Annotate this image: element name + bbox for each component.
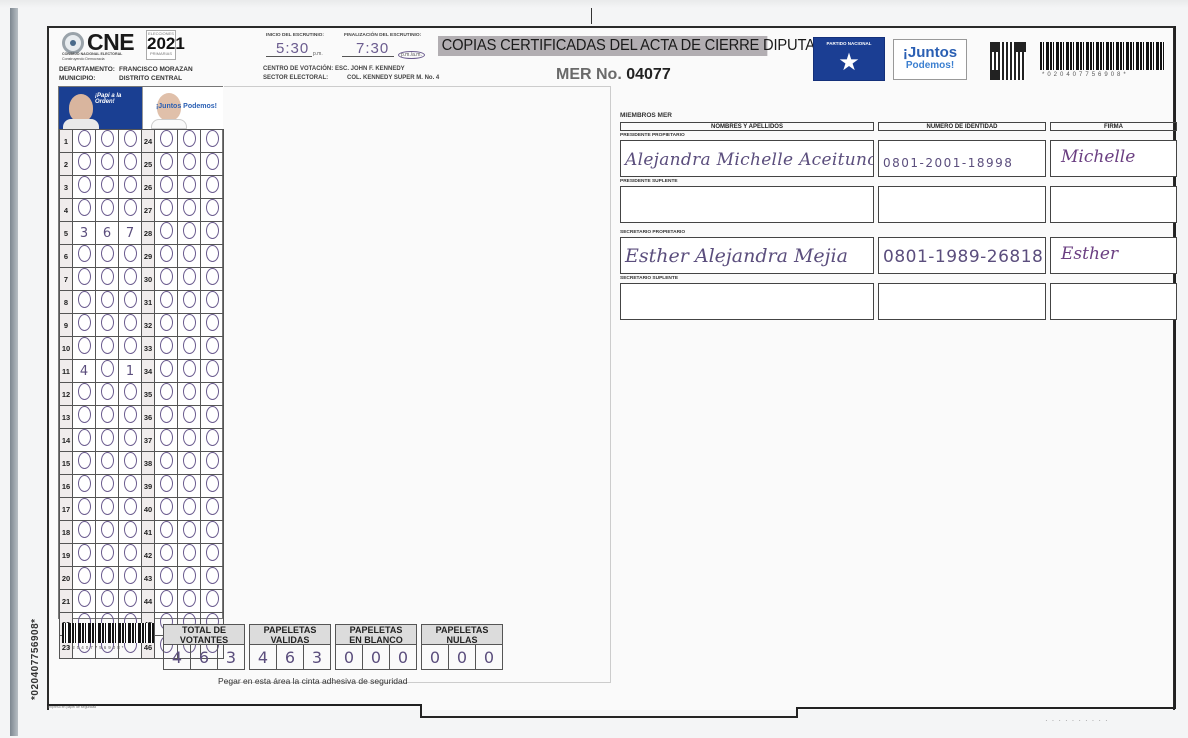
zero-mark [183,590,196,607]
tally-digit-cell [201,406,224,429]
qr-code-icon [990,42,1026,80]
zero-mark [101,475,114,492]
tally-digit-cell [73,153,96,176]
tally-digit-cell [96,176,119,199]
total-digit: 0 [422,645,448,669]
zero-mark [124,314,137,331]
zero-mark [101,452,114,469]
tally-digit-cell [155,567,178,590]
candidate-number: 33 [142,337,155,360]
zero-mark [124,567,137,584]
signature: Michelle [1061,147,1135,167]
total-digit: 4 [164,645,190,669]
candidate-number: 11 [60,360,73,383]
zero-mark [101,314,114,331]
member-id-field [878,186,1046,223]
candidate-number: 28 [142,222,155,245]
tally-digit-cell [201,222,224,245]
tally-digit-cell [178,245,201,268]
tally-digit-cell [73,383,96,406]
member-id-field: 0801-1989-26818 [878,237,1046,274]
mer-members-section: MIEMBROS MER NOMBRES Y APELLIDOS NUMERO … [620,112,1178,320]
zero-mark [124,130,137,147]
candidate-number: 5 [60,222,73,245]
election-year-badge: ELECCIONES 2021 PRIMARIAS [146,30,176,60]
zero-mark [206,222,219,239]
tally-digit-cell [96,337,119,360]
zero-mark [160,176,173,193]
inicio-label: INICIO DEL ESCRUTINIO: [266,33,324,38]
zero-mark [206,153,219,170]
tally-digit-cell [73,406,96,429]
zero-mark [206,130,219,147]
header-names: NOMBRES Y APELLIDOS [620,122,874,131]
total-digit: 3 [217,645,244,669]
zero-mark [183,314,196,331]
tally-digit-cell [96,590,119,613]
tally-digit-cell [201,199,224,222]
tally-digit-cell [155,383,178,406]
tally-digit-cell [178,314,201,337]
tally-digit-cell [155,590,178,613]
member-name-field [620,186,874,223]
total-label: PAPELETASVALIDAS [249,624,331,645]
tally-digit-cell [155,452,178,475]
digit-mark: 6 [103,226,111,241]
tally-digit-cell [155,291,178,314]
fold-mark [591,8,592,24]
zero-mark [101,130,114,147]
total-label: TOTAL DEVOTANTES [163,624,245,645]
zero-mark [124,176,137,193]
tally-digit-cell [178,130,201,153]
footnote: Impreso en papel de seguridad [48,705,96,709]
municipio-label: MUNICIPIO: [59,75,95,82]
tally-digit-cell [155,199,178,222]
form-bottom-border [47,704,422,706]
total-digit: 0 [336,645,362,669]
tally-digit-cell [155,429,178,452]
tally-row: 730 [60,268,224,291]
zero-mark [124,245,137,262]
tally-digit-cell [201,245,224,268]
tally-digit-cell [96,291,119,314]
member-id: 0801-1989-26818 [883,247,1043,267]
candidate-number: 27 [142,199,155,222]
mer-number: MER No. 04077 [556,66,671,84]
zero-mark [160,475,173,492]
zero-mark [160,452,173,469]
member-signature-field: Michelle [1050,140,1177,177]
candidate-number: 18 [60,521,73,544]
zero-mark [78,383,91,400]
zero-mark [101,383,114,400]
year-bottom-label: PRIMARIAS [147,51,175,56]
zero-mark [206,291,219,308]
tally-digit-cell [201,153,224,176]
zero-mark [160,383,173,400]
member-name: Alejandra Michelle Aceituno [625,150,874,170]
digit-mark: 1 [126,364,134,379]
sector-value: COL. KENNEDY SUPER M. No. 4 [347,75,439,81]
total-digit: 0 [448,645,475,669]
tally-digit-cell [201,337,224,360]
candidate-number: 14 [60,429,73,452]
zero-mark [183,544,196,561]
tally-digit-cell [201,429,224,452]
candidate-number: 35 [142,383,155,406]
tally-digit-cell [178,429,201,452]
tally-digit-cell [73,544,96,567]
zero-mark [124,452,137,469]
candidate-number: 12 [60,383,73,406]
tally-digit-cell [155,153,178,176]
tally-row: 2144 [60,590,224,613]
departamento-value: FRANCISCO MORAZAN [119,66,193,73]
tally-digit-cell [119,314,142,337]
candidate-number: 7 [60,268,73,291]
tally-digit-cell [119,245,142,268]
tally-digit-cell [201,268,224,291]
member-id: 0801-2001-18998 [883,156,1013,170]
zero-mark [78,544,91,561]
candidate-number: 24 [142,130,155,153]
candidate-number: 2 [60,153,73,176]
barcode-icon [1040,42,1165,70]
juntos-podemos-logo: ¡Juntos Podemos! [893,39,967,80]
tally-digit-cell [178,383,201,406]
zero-mark [101,567,114,584]
tally-digit-cell [155,498,178,521]
tally-row: 1336 [60,406,224,429]
zero-mark [206,406,219,423]
tally-digit-cell [155,176,178,199]
zero-mark [160,314,173,331]
zero-mark [183,153,196,170]
candidate-party-logo: ¡Juntos Podemos! [156,103,217,110]
tally-panel: ¡Papi a la Orden! ¡Juntos Podemos! 12422… [58,86,223,619]
tally-digit-cell [96,268,119,291]
header-id: NUMERO DE IDENTIDAD [878,122,1046,131]
zero-mark [78,452,91,469]
tally-digit-cell [201,291,224,314]
candidate-number: 20 [60,567,73,590]
member-name: Esther Alejandra Mejia [625,245,848,267]
signature: Esther [1061,244,1118,264]
tally-digit-cell [155,544,178,567]
zero-mark [124,498,137,515]
zero-mark [160,521,173,538]
tally-digit-cell [119,475,142,498]
candidate-number: 43 [142,567,155,590]
member-name-field [620,283,874,320]
zero-mark [183,567,196,584]
zero-mark [124,291,137,308]
zero-mark [124,521,137,538]
tally-digit-cell [119,153,142,176]
zero-mark [101,360,114,377]
digit-mark: 3 [80,226,88,241]
candidate-number: 19 [60,544,73,567]
zero-mark [101,406,114,423]
year-number: 2021 [147,37,175,51]
zero-mark [124,199,137,216]
tally-digit-cell [73,429,96,452]
zero-mark [160,337,173,354]
zero-mark [206,567,219,584]
tally-digit-cell [201,544,224,567]
scan-left-edge [10,8,18,736]
tally-digit-cell [201,360,224,383]
tally-digit-cell [119,544,142,567]
tally-grid: 1242253264275367286297308319321033114134… [59,129,224,659]
zero-mark [206,429,219,446]
tally-digit-cell [73,567,96,590]
zero-mark [206,337,219,354]
zero-mark [78,291,91,308]
candidate-number: 39 [142,475,155,498]
tally-digit-cell [178,222,201,245]
zero-mark [124,337,137,354]
candidate-number: 25 [142,153,155,176]
candidate-number: 36 [142,406,155,429]
tally-row: 932 [60,314,224,337]
zero-mark [101,590,114,607]
zero-mark [124,429,137,446]
zero-mark [206,452,219,469]
candidate-number: 38 [142,452,155,475]
role-label: SECRETARIO SUPLENTE [620,276,1178,283]
candidate-number: 10 [60,337,73,360]
candidate-number: 15 [60,452,73,475]
partido-nacional-logo: PARTIDO NACIONAL ★ [813,37,885,81]
zero-mark [183,521,196,538]
zero-mark [160,130,173,147]
digit-mark: 7 [126,226,134,241]
zero-mark [206,268,219,285]
tally-digit-cell [201,314,224,337]
tally-digit-cell [73,245,96,268]
tally-digit-cell [96,153,119,176]
zero-mark [183,268,196,285]
tally-digit-cell [96,406,119,429]
tally-digit-cell [201,590,224,613]
document-title: COPIAS CERTIFICADAS DEL ACTA DE CIERRE D… [438,36,767,56]
zero-mark [78,314,91,331]
zero-mark [206,314,219,331]
zero-mark [101,544,114,561]
candidate-number: 37 [142,429,155,452]
total-digit: 0 [389,645,416,669]
tally-digit-cell [96,452,119,475]
zero-mark [124,475,137,492]
inicio-time: 5:30 [276,40,309,57]
candidate-number: 6 [60,245,73,268]
zero-mark [183,130,196,147]
tally-digit-cell [73,452,96,475]
mer-number-value: 04077 [626,66,671,83]
zero-mark [124,590,137,607]
total-box: PAPELETASEN BLANCO000 [335,624,417,670]
total-digit: 0 [475,645,502,669]
zero-mark [206,521,219,538]
tally-digit-cell [96,360,119,383]
zero-mark [101,245,114,262]
candidate-number: 9 [60,314,73,337]
zero-mark [78,498,91,515]
tally-row: 1437 [60,429,224,452]
candidate-number: 17 [60,498,73,521]
candidate-number: 44 [142,590,155,613]
zero-mark [78,475,91,492]
tally-digit-cell [201,567,224,590]
tally-digit-cell [96,245,119,268]
total-digit: 4 [250,645,276,669]
zero-mark [160,406,173,423]
tally-digit-cell [178,337,201,360]
tally-digit-cell [96,429,119,452]
member-name-field: Alejandra Michelle Aceituno [620,140,874,177]
candidate-number: 26 [142,176,155,199]
candidate-photo-left: ¡Papi a la Orden! [59,87,142,129]
podemos-text: Podemos! [894,61,966,71]
zero-mark [160,498,173,515]
mer-members-title: MIEMBROS MER [620,112,1178,119]
departamento-label: DEPARTAMENTO: [59,66,115,73]
tally-digit-cell [155,406,178,429]
candidate-slogan: ¡Papi a la Orden! [95,93,142,105]
zero-mark [183,245,196,262]
zero-mark [78,176,91,193]
tally-digit-cell [155,245,178,268]
tally-digit-cell [201,475,224,498]
candidate-number: 21 [60,590,73,613]
tally-digit-cell [155,475,178,498]
tally-digit-cell [73,176,96,199]
total-box: PAPELETASNULAS000 [421,624,503,670]
form-bottom-border [420,716,798,718]
tally-digit-cell [201,498,224,521]
candidate-number: 34 [142,360,155,383]
tally-row: 629 [60,245,224,268]
perforation-dots: ·········· [1045,716,1112,725]
member-row [620,186,1178,223]
member-row: Alejandra Michelle Aceituno 0801-2001-18… [620,140,1178,177]
mer-header-row: NOMBRES Y APELLIDOS NUMERO DE IDENTIDAD … [620,122,1178,131]
cne-full-name: CONSEJO NACIONAL ELECTORAL Construyendo … [62,52,142,62]
total-label: PAPELETASNULAS [421,624,503,645]
zero-mark [160,245,173,262]
centro-value: ESC. JOHN F. KENNEDY [335,66,405,72]
cne-tagline: Construyendo Democracia [62,57,142,62]
zero-mark [160,153,173,170]
star-icon: ★ [814,50,884,76]
zero-mark [206,498,219,515]
zero-mark [101,521,114,538]
zero-mark [206,360,219,377]
candidate-number: 3 [60,176,73,199]
zero-mark [78,130,91,147]
zero-mark [206,544,219,561]
tally-digit-cell [119,406,142,429]
tally-digit-cell [178,498,201,521]
zero-mark [101,268,114,285]
tally-row: 1942 [60,544,224,567]
zero-mark [206,245,219,262]
zero-mark [183,406,196,423]
tally-digit-cell [178,291,201,314]
total-digit: 0 [362,645,389,669]
tally-digit-cell [201,521,224,544]
total-box: TOTAL DEVOTANTES463 [163,624,245,670]
tally-digit-cell [119,429,142,452]
tally-digit-cell [119,268,142,291]
tally-digit-cell [119,590,142,613]
fin-ampm: p.m./a.m. [398,51,425,59]
tally-digit-cell [119,337,142,360]
tally-digit-cell [73,291,96,314]
tally-digit-cell [201,452,224,475]
total-box: PAPELETASVALIDAS463 [249,624,331,670]
tally-digit-cell [119,567,142,590]
tally-digit-cell [73,590,96,613]
zero-mark [78,429,91,446]
tally-row: 2043 [60,567,224,590]
municipio-value: DISTRITO CENTRAL [119,75,182,82]
tally-row: 114134 [60,360,224,383]
tally-digit-cell [201,176,224,199]
candidate-number: 32 [142,314,155,337]
zero-mark [206,176,219,193]
candidate-number: 4 [60,199,73,222]
zero-mark [160,360,173,377]
tally-row: 1639 [60,475,224,498]
total-label: PAPELETASEN BLANCO [335,624,417,645]
scan-top-edge [0,0,1188,8]
tally-digit-cell [73,521,96,544]
tally-digit-cell [96,383,119,406]
cne-emblem-icon [62,32,84,54]
zero-mark [78,567,91,584]
zero-mark [183,360,196,377]
tally-digit-cell [155,268,178,291]
tally-digit-cell [155,360,178,383]
zero-mark [160,567,173,584]
vertical-barcode-number: *020407756908* [30,618,41,700]
tally-digit-cell [73,337,96,360]
tally-digit-cell [96,567,119,590]
role-label: SECRETARIO PROPIETARIO [620,230,1178,237]
candidate-shirt [63,119,99,129]
zero-mark [124,406,137,423]
member-id-field [878,283,1046,320]
total-digit: 6 [190,645,217,669]
tally-digit-cell [73,268,96,291]
zero-mark [160,544,173,561]
zero-mark [124,153,137,170]
tally-row: 536728 [60,222,224,245]
zero-mark [124,544,137,561]
tally-digit-cell [178,590,201,613]
candidate-number: 41 [142,521,155,544]
candidate-number: 1 [60,130,73,153]
partido-nacional-label: PARTIDO NACIONAL [814,41,884,46]
zero-mark [101,291,114,308]
tally-digit-cell [201,130,224,153]
total-digit: 6 [276,645,303,669]
tally-digit-cell [155,130,178,153]
zero-mark [160,222,173,239]
